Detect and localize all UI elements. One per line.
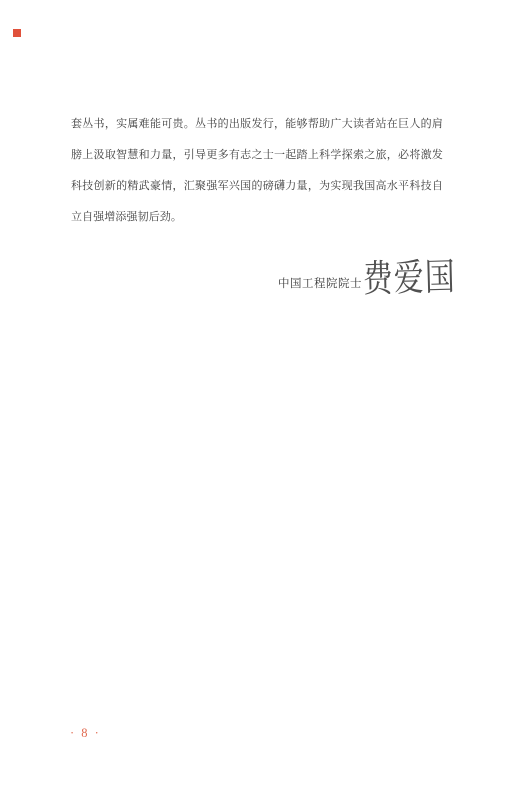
book-page: 套丛书，实属难能可贵。丛书的出版发行，能够帮助广大读者站在巨人的肩 膀上汲取智慧… [0,0,510,800]
signer-title: 中国工程院院士 [278,275,362,291]
signature-handwriting: 费爱国 [362,246,458,303]
paragraph-line-1: 套丛书，实属难能可贵。丛书的出版发行，能够帮助广大读者站在巨人的肩 [71,109,443,140]
paragraph-line-3: 科技创新的精武豪情，汇聚强军兴国的磅礴力量，为实现我国高水平科技自 [71,171,443,202]
paragraph-line-4: 立自强增添强韧后劲。 [71,202,443,233]
preface-paragraph: 套丛书，实属难能可贵。丛书的出版发行，能够帮助广大读者站在巨人的肩 膀上汲取智慧… [71,109,443,233]
page-number: · 8 · [70,726,101,741]
corner-marker [13,29,21,37]
paragraph-line-2: 膀上汲取智慧和力量，引导更多有志之士一起踏上科学探索之旅，必将激发 [71,140,443,171]
